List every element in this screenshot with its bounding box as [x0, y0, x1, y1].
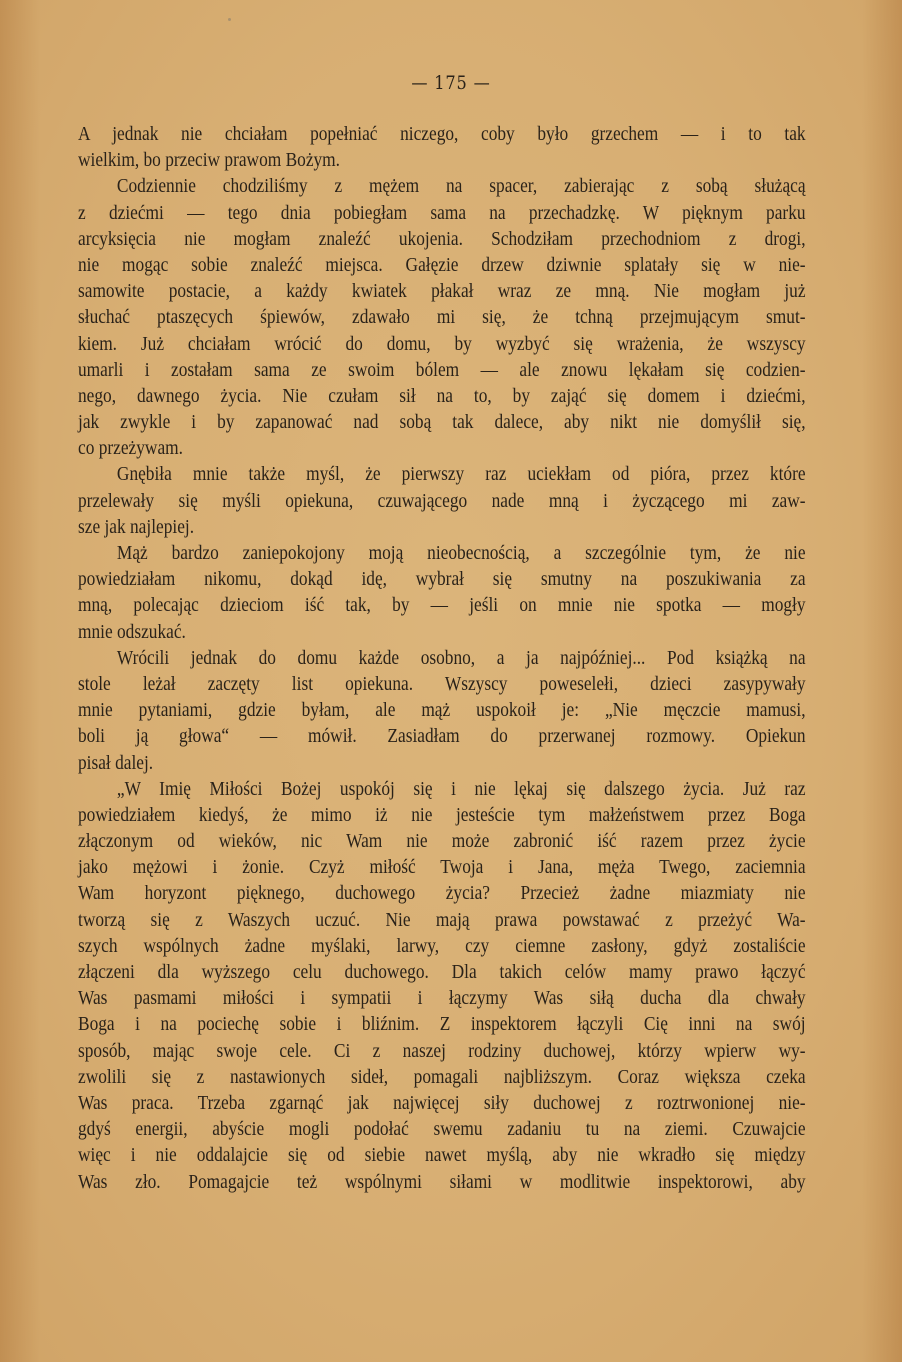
text-line: samowite postacie, a każdy kwiatek płaka…: [78, 278, 806, 304]
text-line: A jednak nie chciałam popełniać niczego,…: [78, 121, 806, 147]
text-line: boli ją głowa“ — mówił. Zasiadłam do prz…: [78, 723, 806, 749]
text-line: Codziennie chodziliśmy z mężem na spacer…: [78, 173, 806, 199]
text-line: nego, dawnego życia. Nie czułam sił na t…: [78, 383, 806, 409]
text-line: przelewały się myśli opiekuna, czuwające…: [78, 488, 806, 514]
text-line: słuchać ptaszęcych śpiewów, zdawało mi s…: [78, 304, 806, 330]
text-line: Wam horyzont pięknego, duchowego życia? …: [78, 880, 806, 906]
text-line: z dziećmi — tego dnia pobiegłam sama na …: [78, 200, 806, 226]
text-line: zwolili się z nastawionych sideł, pomaga…: [78, 1064, 806, 1090]
paper-speck: [228, 18, 231, 21]
text-line: mnie odszukać.: [78, 619, 806, 645]
text-line: stole leżał zaczęty list opiekuna. Wszys…: [78, 671, 806, 697]
text-line: umarli i zostałam sama ze swoim bólem — …: [78, 357, 806, 383]
text-line: „W Imię Miłości Bożej uspokój się i nie …: [78, 776, 806, 802]
text-line: jak zwykle i by zapanować nad sobą tak d…: [78, 409, 806, 435]
text-line: sze jak najlepiej.: [78, 514, 806, 540]
text-line: kiem. Już chciałam wrócić do domu, by wy…: [78, 331, 806, 357]
text-line: Gnębiła mnie także myśl, że pierwszy raz…: [78, 461, 806, 487]
text-line: nie mogąc sobie znaleźć miejsca. Gałęzie…: [78, 252, 806, 278]
book-page: — 175 — A jednak nie chciałam popełniać …: [0, 0, 902, 1362]
body-text: A jednak nie chciałam popełniać niczego,…: [78, 121, 806, 1195]
text-line: Mąż bardzo zaniepokojony moją nieobecnoś…: [78, 540, 806, 566]
text-line: jako mężowi i żonie. Czyż miłość Twoja i…: [78, 854, 806, 880]
text-line: Boga i na pociechę sobie i bliźnim. Z in…: [78, 1011, 806, 1037]
text-line: więc i nie oddalajcie się od siebie nawe…: [78, 1142, 806, 1168]
text-line: pisał dalej.: [78, 750, 806, 776]
text-line: gdyś energii, abyście mogli podołać swem…: [78, 1116, 806, 1142]
text-line: wielkim, bo przeciw prawom Bożym.: [78, 147, 806, 173]
text-line: złączonym od wieków, nic Wam nie może za…: [78, 828, 806, 854]
text-line: Was pasmami miłości i sympatii i łączymy…: [78, 985, 806, 1011]
text-line: arcyksięcia nie mogłam znaleźć ukojenia.…: [78, 226, 806, 252]
text-line: Wrócili jednak do domu każde osobno, a j…: [78, 645, 806, 671]
text-line: powiedziałam nikomu, dokąd idę, wybrał s…: [78, 566, 806, 592]
text-line: Was praca. Trzeba zgarnąć jak najwięcej …: [78, 1090, 806, 1116]
text-line: mną, polecając dzieciom iść tak, by — je…: [78, 592, 806, 618]
text-line: szych wspólnych żadne myślaki, larwy, cz…: [78, 933, 806, 959]
page-number: — 175 —: [68, 72, 835, 94]
text-line: powiedziałem kiedyś, że mimo iż nie jest…: [78, 802, 806, 828]
text-line: co przeżywam.: [78, 435, 806, 461]
text-line: Was zło. Pomagajcie też wspólnymi siłami…: [78, 1169, 806, 1195]
text-line: sposób, mając swoje cele. Ci z naszej ro…: [78, 1038, 806, 1064]
text-line: mnie pytaniami, gdzie byłam, ale mąż usp…: [78, 697, 806, 723]
text-line: złączeni dla wyższego celu duchowego. Dl…: [78, 959, 806, 985]
text-line: tworzą się z Waszych uczuć. Nie mają pra…: [78, 907, 806, 933]
